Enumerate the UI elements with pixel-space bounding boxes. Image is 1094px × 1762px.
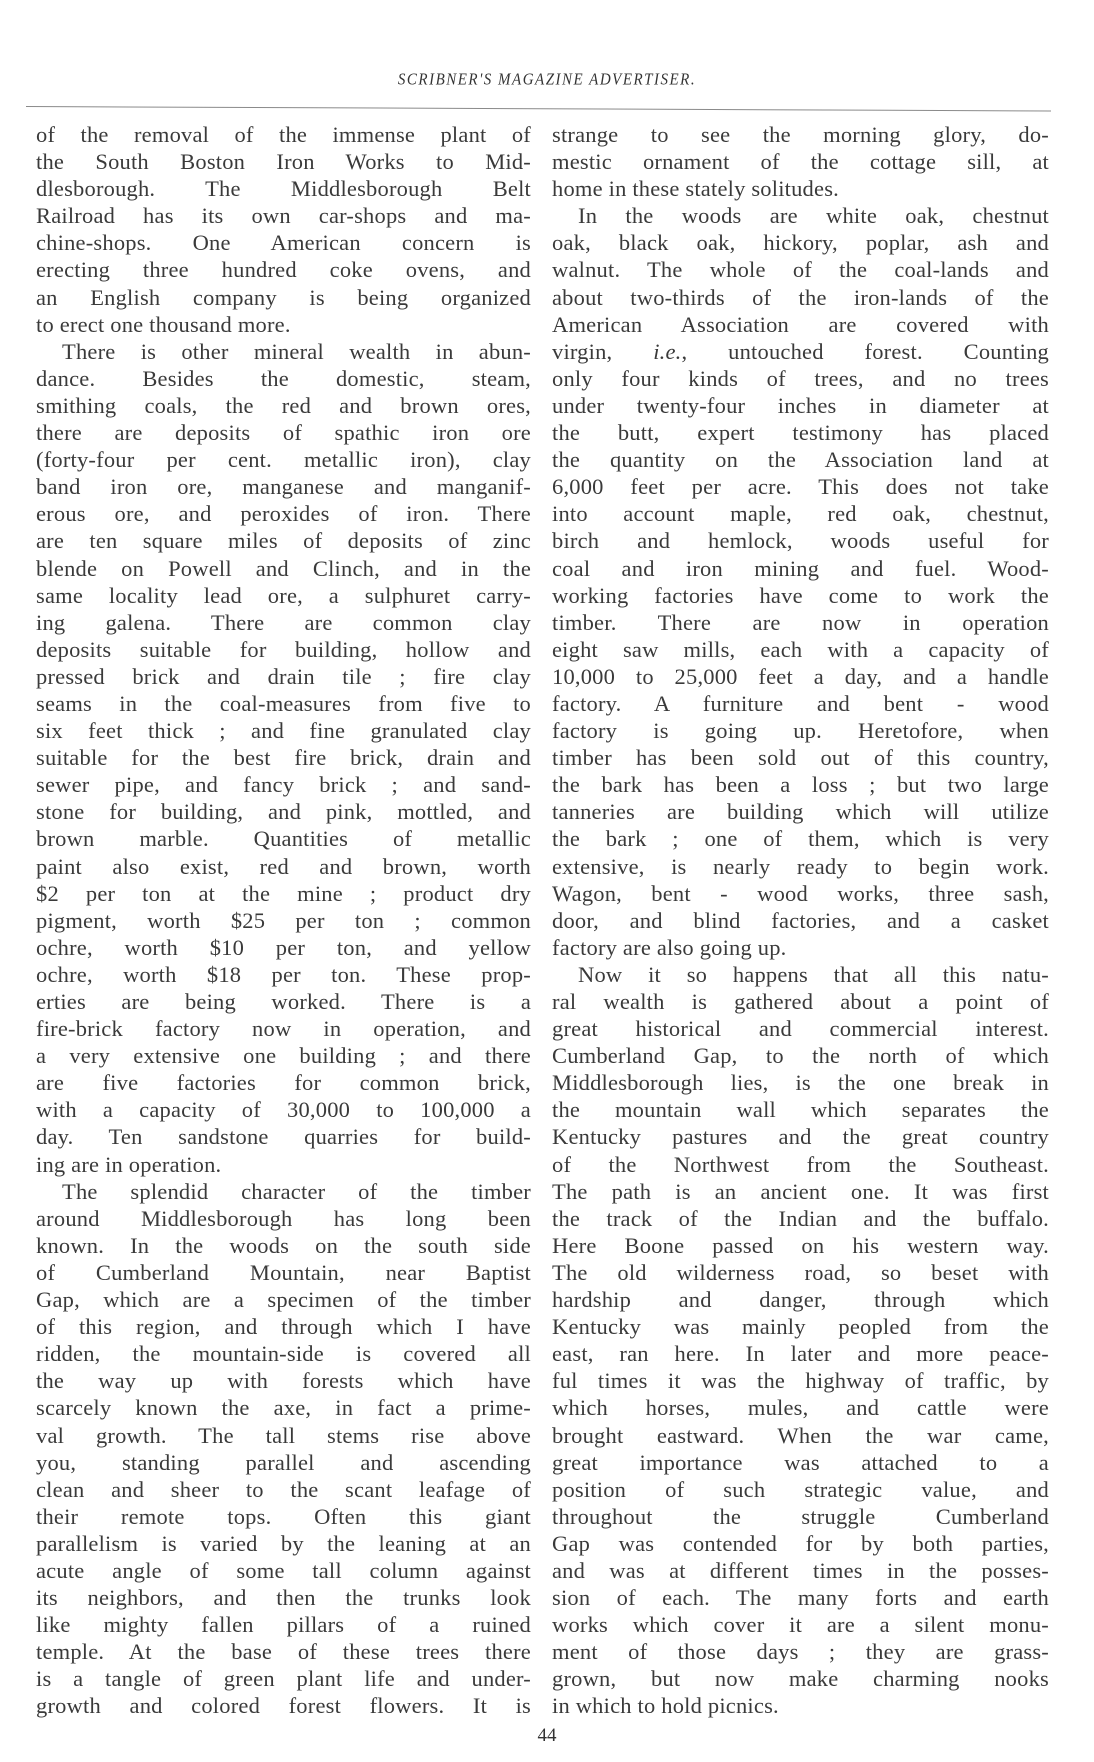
text-line-content: val growth. The tall stems rise above	[36, 1422, 531, 1449]
text-line: their remote tops. Often this giant	[36, 1503, 531, 1530]
text-line: door, and blind factories, and a casket	[552, 907, 1049, 934]
text-line: in which to hold picnics.	[552, 1692, 1049, 1719]
text-line: eight saw mills, each with a capacity of	[552, 636, 1049, 663]
text-line-content: the track of the Indian and the buffalo.	[552, 1205, 1049, 1232]
text-line: the bark has been a loss ; but two large	[552, 771, 1049, 798]
text-line: ing are in operation.	[36, 1151, 531, 1178]
header-rule	[26, 106, 1051, 111]
text-line: paint also exist, red and brown, worth	[36, 853, 531, 880]
text-line-content: ment of those days ; they are grass-	[552, 1638, 1049, 1665]
text-line: parallelism is varied by the leaning at …	[36, 1530, 531, 1557]
text-line: coal and iron mining and fuel. Wood-	[552, 555, 1049, 582]
text-line-content: of the removal of the immense plant of	[36, 121, 531, 148]
text-line-content: are ten square miles of deposits of zinc	[36, 527, 531, 554]
text-line: erous ore, and peroxides of iron. There	[36, 500, 531, 527]
text-line-content: suitable for the best fire brick, drain …	[36, 744, 531, 771]
right-column: strange to see the morning glory, do-mes…	[552, 121, 1049, 1720]
text-line-content: same locality lead ore, a sulphuret carr…	[36, 582, 531, 609]
text-line: hardship and danger, through which	[552, 1286, 1049, 1313]
text-line-content: The old wilderness road, so beset with	[552, 1259, 1049, 1286]
text-line-content: (forty-four per cent. metallic iron), cl…	[36, 446, 531, 473]
text-line: of Cumberland Mountain, near Baptist	[36, 1259, 531, 1286]
text-line-content: pigment, worth $25 per ton ; common	[36, 907, 531, 934]
text-line-content: working factories have come to work the	[552, 582, 1049, 609]
text-line: American Association are covered with	[552, 311, 1049, 338]
text-line: sewer pipe, and fancy brick ; and sand-	[36, 771, 531, 798]
text-line-content: paint also exist, red and brown, worth	[36, 853, 531, 880]
text-line: ment of those days ; they are grass-	[552, 1638, 1049, 1665]
text-line: ridden, the mountain-side is covered all	[36, 1340, 531, 1367]
text-line-content: virgin, i.e., untouched forest. Counting	[552, 338, 1049, 365]
text-line: the butt, expert testimony has placed	[552, 419, 1049, 446]
text-line: east, ran here. In later and more peace-	[552, 1340, 1049, 1367]
text-line: to erect one thousand more.	[36, 311, 531, 338]
text-line: pigment, worth $25 per ton ; common	[36, 907, 531, 934]
text-line-content: factory are also going up.	[552, 934, 1049, 961]
text-line-content: about two-thirds of the iron-lands of th…	[552, 284, 1049, 311]
text-line-content: brown marble. Quantities of metallic	[36, 825, 531, 852]
text-line: ochre, worth $18 per ton. These prop-	[36, 961, 531, 988]
text-line: walnut. The whole of the coal-lands and	[552, 256, 1049, 283]
text-line: stone for building, and pink, mottled, a…	[36, 798, 531, 825]
text-line-content: ing galena. There are common clay	[36, 609, 531, 636]
text-line-content: door, and blind factories, and a casket	[552, 907, 1049, 934]
text-line-content: erties are being worked. There is a	[36, 988, 531, 1015]
text-line-content: Cumberland Gap, to the north of which	[552, 1042, 1049, 1069]
text-line: blende on Powell and Clinch, and in the	[36, 555, 531, 582]
text-line: only four kinds of trees, and no trees	[552, 365, 1049, 392]
text-line: brought eastward. When the war came,	[552, 1422, 1049, 1449]
text-line: Wagon, bent - wood works, three sash,	[552, 880, 1049, 907]
text-line-content: around Middlesborough has long been	[36, 1205, 531, 1232]
text-line-content: ral wealth is gathered about a point of	[552, 988, 1049, 1015]
text-line: Gap was contended for by both parties,	[552, 1530, 1049, 1557]
text-line-content: the butt, expert testimony has placed	[552, 419, 1049, 446]
text-line: of the removal of the immense plant of	[36, 121, 531, 148]
text-line-content: into account maple, red oak, chestnut,	[552, 500, 1049, 527]
text-line-content: their remote tops. Often this giant	[36, 1503, 531, 1530]
text-line: The path is an ancient one. It was first	[552, 1178, 1049, 1205]
text-line-content: sion of each. The many forts and earth	[552, 1584, 1049, 1611]
text-line-content: of this region, and through which I have	[36, 1313, 531, 1340]
text-line-content: ful times it was the highway of traffic,…	[552, 1367, 1049, 1394]
text-line-content: dance. Besides the domestic, steam,	[36, 365, 531, 392]
text-line-content: chine-shops. One American concern is	[36, 229, 531, 256]
text-line-content: coal and iron mining and fuel. Wood-	[552, 555, 1049, 582]
text-line-content: an English company is being organized	[36, 284, 531, 311]
text-line-content: erecting three hundred coke ovens, and	[36, 256, 531, 283]
text-line: the quantity on the Association land at	[552, 446, 1049, 473]
text-line: 10,000 to 25,000 feet a day, and a handl…	[552, 663, 1049, 690]
text-line: erties are being worked. There is a	[36, 988, 531, 1015]
text-line-content: are five factories for common brick,	[36, 1069, 531, 1096]
text-line-content: stone for building, and pink, mottled, a…	[36, 798, 531, 825]
text-line: around Middlesborough has long been	[36, 1205, 531, 1232]
text-line: Cumberland Gap, to the north of which	[552, 1042, 1049, 1069]
text-line-content: growth and colored forest flowers. It is	[36, 1692, 531, 1719]
text-line: erecting three hundred coke ovens, and	[36, 256, 531, 283]
text-line: working factories have come to work the	[552, 582, 1049, 609]
text-line: an English company is being organized	[36, 284, 531, 311]
text-line: clean and sheer to the scant leafage of	[36, 1476, 531, 1503]
page-number: 44	[0, 1725, 1094, 1747]
text-line-content: grown, but now make charming nooks	[552, 1665, 1049, 1692]
text-line-content: position of such strategic value, and	[552, 1476, 1049, 1503]
text-line: position of such strategic value, and	[552, 1476, 1049, 1503]
text-line-content: brought eastward. When the war came,	[552, 1422, 1049, 1449]
text-line: grown, but now make charming nooks	[552, 1665, 1049, 1692]
text-line-content: home in these stately solitudes.	[552, 175, 1049, 202]
text-line-content: timber. There are now in operation	[552, 609, 1049, 636]
text-line: timber has been sold out of this country…	[552, 744, 1049, 771]
text-line-content: scarcely known the axe, in fact a prime-	[36, 1394, 531, 1421]
text-line: great historical and commercial interest…	[552, 1015, 1049, 1042]
text-line-content: The path is an ancient one. It was first	[552, 1178, 1049, 1205]
text-line: The old wilderness road, so beset with	[552, 1259, 1049, 1286]
text-line-content: dlesborough. The Middlesborough Belt	[36, 175, 531, 202]
text-line-content: the mountain wall which separates the	[552, 1096, 1049, 1123]
text-line: throughout the struggle Cumberland	[552, 1503, 1049, 1530]
text-line: of this region, and through which I have	[36, 1313, 531, 1340]
text-line-content: which horses, mules, and cattle were	[552, 1394, 1049, 1421]
text-line-content: to erect one thousand more.	[36, 311, 531, 338]
text-line: acute angle of some tall column against	[36, 1557, 531, 1584]
text-line-content: of the Northwest from the Southeast.	[552, 1151, 1049, 1178]
text-line-content: parallelism is varied by the leaning at …	[36, 1530, 531, 1557]
text-line-content: seams in the coal-measures from five to	[36, 690, 531, 717]
text-line: the South Boston Iron Works to Mid-	[36, 148, 531, 175]
text-line-content: 10,000 to 25,000 feet a day, and a handl…	[552, 663, 1049, 690]
text-line-content: band iron ore, manganese and manganif-	[36, 473, 531, 500]
text-line-content: throughout the struggle Cumberland	[552, 1503, 1049, 1530]
text-line-content: ochre, worth $18 per ton. These prop-	[36, 961, 531, 988]
text-line: home in these stately solitudes.	[552, 175, 1049, 202]
text-line-content: great historical and commercial interest…	[552, 1015, 1049, 1042]
text-line-content: clean and sheer to the scant leafage of	[36, 1476, 531, 1503]
text-line: known. In the woods on the south side	[36, 1232, 531, 1259]
text-line: the track of the Indian and the buffalo.	[552, 1205, 1049, 1232]
text-line: Railroad has its own car-shops and ma-	[36, 202, 531, 229]
text-line-content: hardship and danger, through which	[552, 1286, 1049, 1313]
text-line-content: strange to see the morning glory, do-	[552, 121, 1049, 148]
text-line-content: factory. A furniture and bent - wood	[552, 690, 1049, 717]
text-line-content: ochre, worth $10 per ton, and yellow	[36, 934, 531, 961]
text-line-content: extensive, is nearly ready to begin work…	[552, 853, 1049, 880]
text-line: is a tangle of green plant life and unde…	[36, 1665, 531, 1692]
text-line-content: Kentucky was mainly peopled from the	[552, 1313, 1049, 1340]
text-line-content: east, ran here. In later and more peace-	[552, 1340, 1049, 1367]
text-line-content: of Cumberland Mountain, near Baptist	[36, 1259, 531, 1286]
text-line: factory are also going up.	[552, 934, 1049, 961]
text-line: Here Boone passed on his western way.	[552, 1232, 1049, 1259]
text-line-content: blende on Powell and Clinch, and in the	[36, 555, 531, 582]
text-line-content: oak, black oak, hickory, poplar, ash and	[552, 229, 1049, 256]
text-line-content: like mighty fallen pillars of a ruined	[36, 1611, 531, 1638]
text-line-content: Now it so happens that all this natu-	[578, 961, 1049, 988]
text-line-content: birch and hemlock, woods useful for	[552, 527, 1049, 554]
text-line-content: There is other mineral wealth in abun-	[62, 338, 531, 365]
text-line-content: six feet thick ; and fine granulated cla…	[36, 717, 531, 744]
text-line: Now it so happens that all this natu-	[552, 961, 1049, 988]
text-line-content: known. In the woods on the south side	[36, 1232, 531, 1259]
text-line: sion of each. The many forts and earth	[552, 1584, 1049, 1611]
text-line: there are deposits of spathic iron ore	[36, 419, 531, 446]
text-line-content: the way up with forests which have	[36, 1367, 531, 1394]
text-line-content: Kentucky pastures and the great country	[552, 1123, 1049, 1150]
text-line: same locality lead ore, a sulphuret carr…	[36, 582, 531, 609]
text-line: a very extensive one building ; and ther…	[36, 1042, 531, 1069]
text-line: mestic ornament of the cottage sill, at	[552, 148, 1049, 175]
text-line-content: you, standing parallel and ascending	[36, 1449, 531, 1476]
text-line: val growth. The tall stems rise above	[36, 1422, 531, 1449]
text-line-content: walnut. The whole of the coal-lands and	[552, 256, 1049, 283]
text-line: which horses, mules, and cattle were	[552, 1394, 1049, 1421]
text-line-content: the quantity on the Association land at	[552, 446, 1049, 473]
text-line: band iron ore, manganese and manganif-	[36, 473, 531, 500]
text-line-content: Gap, which are a specimen of the timber	[36, 1286, 531, 1313]
text-line: extensive, is nearly ready to begin work…	[552, 853, 1049, 880]
text-line-content: the bark has been a loss ; but two large	[552, 771, 1049, 798]
text-line: you, standing parallel and ascending	[36, 1449, 531, 1476]
text-line-content: in which to hold picnics.	[552, 1692, 1049, 1719]
text-line-content: Gap was contended for by both parties,	[552, 1530, 1049, 1557]
text-line-content: mestic ornament of the cottage sill, at	[552, 148, 1049, 175]
text-line-content: erous ore, and peroxides of iron. There	[36, 500, 531, 527]
text-line: deposits suitable for building, hollow a…	[36, 636, 531, 663]
text-line: the way up with forests which have	[36, 1367, 531, 1394]
text-line-content: In the woods are white oak, chestnut	[578, 202, 1049, 229]
text-line-content: is a tangle of green plant life and unde…	[36, 1665, 531, 1692]
text-line: ral wealth is gathered about a point of	[552, 988, 1049, 1015]
text-line: In the woods are white oak, chestnut	[552, 202, 1049, 229]
text-line: scarcely known the axe, in fact a prime-	[36, 1394, 531, 1421]
text-line: The splendid character of the timber	[36, 1178, 531, 1205]
text-line: and was at different times in the posses…	[552, 1557, 1049, 1584]
text-line-content: there are deposits of spathic iron ore	[36, 419, 531, 446]
text-line: works which cover it are a silent monu-	[552, 1611, 1049, 1638]
text-line: strange to see the morning glory, do-	[552, 121, 1049, 148]
text-line-content: pressed brick and drain tile ; fire clay	[36, 663, 531, 690]
text-line-content: day. Ten sandstone quarries for build-	[36, 1123, 531, 1150]
text-line: with a capacity of 30,000 to 100,000 a	[36, 1096, 531, 1123]
text-line-content: and was at different times in the posses…	[552, 1557, 1049, 1584]
text-line: Middlesborough lies, is the one break in	[552, 1069, 1049, 1096]
text-line-content: timber has been sold out of this country…	[552, 744, 1049, 771]
text-line-content: works which cover it are a silent monu-	[552, 1611, 1049, 1638]
text-line: great importance was attached to a	[552, 1449, 1049, 1476]
text-line: dlesborough. The Middlesborough Belt	[36, 175, 531, 202]
text-line: ful times it was the highway of traffic,…	[552, 1367, 1049, 1394]
text-line: suitable for the best fire brick, drain …	[36, 744, 531, 771]
text-line-content: factory is going up. Heretofore, when	[552, 717, 1049, 744]
text-line: Gap, which are a specimen of the timber	[36, 1286, 531, 1313]
text-line-content: tanneries are building which will utiliz…	[552, 798, 1049, 825]
text-line: ing galena. There are common clay	[36, 609, 531, 636]
text-line-content: The splendid character of the timber	[62, 1178, 531, 1205]
text-line: 6,000 feet per acre. This does not take	[552, 473, 1049, 500]
text-line: the mountain wall which separates the	[552, 1096, 1049, 1123]
text-line-content: $2 per ton at the mine ; product dry	[36, 880, 531, 907]
text-line: Kentucky pastures and the great country	[552, 1123, 1049, 1150]
text-line: the bark ; one of them, which is very	[552, 825, 1049, 852]
left-column: of the removal of the immense plant ofth…	[36, 121, 531, 1720]
text-line-content: smithing coals, the red and brown ores,	[36, 392, 531, 419]
text-line: under twenty-four inches in diameter at	[552, 392, 1049, 419]
text-line: There is other mineral wealth in abun-	[36, 338, 531, 365]
text-line-content: eight saw mills, each with a capacity of	[552, 636, 1049, 663]
running-header: SCRIBNER'S MAGAZINE ADVERTISER.	[0, 71, 1094, 91]
text-line-content: temple. At the base of these trees there	[36, 1638, 531, 1665]
text-line-content: 6,000 feet per acre. This does not take	[552, 473, 1049, 500]
text-line: temple. At the base of these trees there	[36, 1638, 531, 1665]
text-line: growth and colored forest flowers. It is	[36, 1692, 531, 1719]
text-line: oak, black oak, hickory, poplar, ash and	[552, 229, 1049, 256]
text-line: factory is going up. Heretofore, when	[552, 717, 1049, 744]
text-line-content: the South Boston Iron Works to Mid-	[36, 148, 531, 175]
text-line-content: a very extensive one building ; and ther…	[36, 1042, 531, 1069]
text-line: virgin, i.e., untouched forest. Counting	[552, 338, 1049, 365]
text-line-content: ridden, the mountain-side is covered all	[36, 1340, 531, 1367]
text-line: its neighbors, and then the trunks look	[36, 1584, 531, 1611]
text-line-content: under twenty-four inches in diameter at	[552, 392, 1049, 419]
text-line-content: only four kinds of trees, and no trees	[552, 365, 1049, 392]
text-line-content: sewer pipe, and fancy brick ; and sand-	[36, 771, 531, 798]
text-line-content: Wagon, bent - wood works, three sash,	[552, 880, 1049, 907]
text-line-content: acute angle of some tall column against	[36, 1557, 531, 1584]
text-line: tanneries are building which will utiliz…	[552, 798, 1049, 825]
text-line-content: Here Boone passed on his western way.	[552, 1232, 1049, 1259]
text-line: Kentucky was mainly peopled from the	[552, 1313, 1049, 1340]
text-line-content: great importance was attached to a	[552, 1449, 1049, 1476]
text-line-content: ing are in operation.	[36, 1151, 531, 1178]
text-line: are five factories for common brick,	[36, 1069, 531, 1096]
text-line: $2 per ton at the mine ; product dry	[36, 880, 531, 907]
text-line-content: Railroad has its own car-shops and ma-	[36, 202, 531, 229]
text-line: are ten square miles of deposits of zinc	[36, 527, 531, 554]
text-line: factory. A furniture and bent - wood	[552, 690, 1049, 717]
text-line-content: American Association are covered with	[552, 311, 1049, 338]
text-line-content: the bark ; one of them, which is very	[552, 825, 1049, 852]
text-line: dance. Besides the domestic, steam,	[36, 365, 531, 392]
text-line-content: with a capacity of 30,000 to 100,000 a	[36, 1096, 531, 1123]
text-line: fire-brick factory now in operation, and	[36, 1015, 531, 1042]
text-line-content: Middlesborough lies, is the one break in	[552, 1069, 1049, 1096]
text-line: like mighty fallen pillars of a ruined	[36, 1611, 531, 1638]
text-line: pressed brick and drain tile ; fire clay	[36, 663, 531, 690]
text-line: ochre, worth $10 per ton, and yellow	[36, 934, 531, 961]
text-line-content: its neighbors, and then the trunks look	[36, 1584, 531, 1611]
text-line: timber. There are now in operation	[552, 609, 1049, 636]
text-line: smithing coals, the red and brown ores,	[36, 392, 531, 419]
text-line: birch and hemlock, woods useful for	[552, 527, 1049, 554]
text-line: about two-thirds of the iron-lands of th…	[552, 284, 1049, 311]
text-line: into account maple, red oak, chestnut,	[552, 500, 1049, 527]
text-line: seams in the coal-measures from five to	[36, 690, 531, 717]
text-line-content: fire-brick factory now in operation, and	[36, 1015, 531, 1042]
text-line: brown marble. Quantities of metallic	[36, 825, 531, 852]
text-line: chine-shops. One American concern is	[36, 229, 531, 256]
text-line: six feet thick ; and fine granulated cla…	[36, 717, 531, 744]
text-line: day. Ten sandstone quarries for build-	[36, 1123, 531, 1150]
text-line-content: deposits suitable for building, hollow a…	[36, 636, 531, 663]
text-line: of the Northwest from the Southeast.	[552, 1151, 1049, 1178]
text-line: (forty-four per cent. metallic iron), cl…	[36, 446, 531, 473]
